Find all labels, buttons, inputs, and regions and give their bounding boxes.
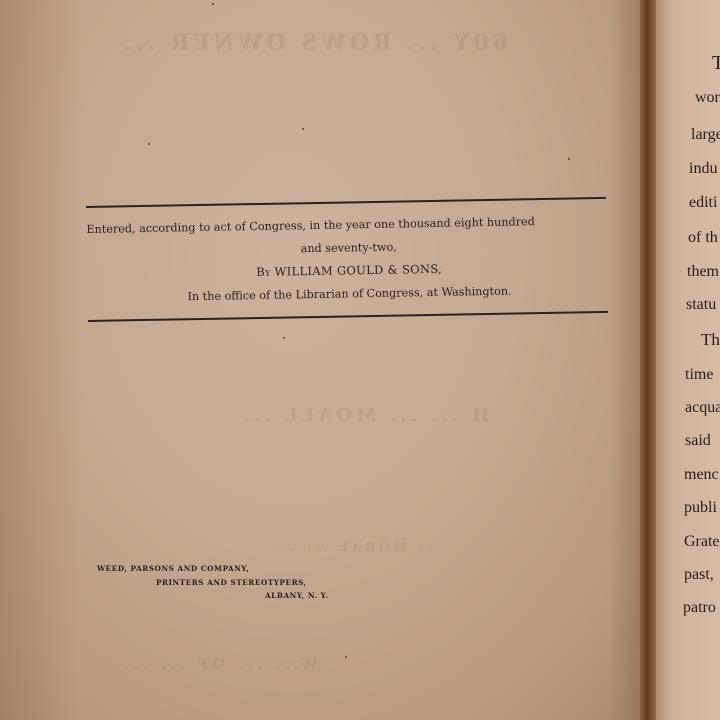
right-page: T wor large indu editi of th them statu … (656, 0, 720, 720)
right-page-text: acqua (685, 399, 720, 417)
right-page-text: large (691, 126, 720, 144)
bleed-through-text: ... MORAL ... ... (270, 540, 440, 554)
right-page-text: Grate (684, 533, 720, 551)
printer-imprint: WEED, PARSONS AND COMPANY, PRINTERS AND … (97, 562, 357, 603)
by-label: By (256, 265, 271, 279)
paper-speck (302, 128, 304, 130)
right-page-text: time (685, 366, 713, 384)
printer-location: ALBANY, N. Y. (97, 589, 357, 603)
printer-role: PRINTERS AND STEREOTYPERS, (97, 576, 357, 590)
paper-speck (148, 143, 150, 145)
right-page-text: editi (689, 194, 717, 212)
paper-speck (345, 656, 347, 658)
right-page-text: of th (688, 229, 718, 247)
bleed-through-text: 60Y ... ROWS OWNER ... (120, 30, 508, 56)
publisher-name: WILLIAM GOULD & SONS, (274, 262, 442, 279)
bottom-rule (88, 311, 608, 322)
left-page: 60Y ... ROWS OWNER ... H ... ... MOALL .… (0, 0, 648, 720)
paper-speck (283, 337, 285, 339)
right-page-text: Th (701, 330, 720, 350)
paper-speck (568, 158, 570, 160)
right-page-text: patro (683, 599, 716, 617)
right-page-text: indu (689, 160, 717, 178)
right-page-text: past, (684, 566, 714, 584)
bleed-through-text: W... ... OF ... ... (120, 655, 318, 673)
paper-speck (212, 3, 214, 5)
copyright-notice: Entered, according to act of Congress, i… (86, 197, 612, 322)
printer-name: WEED, PARSONS AND COMPANY, (97, 562, 357, 576)
right-page-text: statu (686, 296, 716, 314)
right-page-text: wor (695, 89, 720, 107)
right-page-text: them (687, 263, 719, 281)
bleed-through-text: H ... ... MOALL ... (240, 405, 489, 426)
book-gutter (640, 0, 656, 720)
right-page-text: T (712, 52, 720, 75)
right-page-text: publi (684, 499, 717, 517)
top-rule (86, 197, 606, 208)
right-page-text: said (685, 432, 711, 450)
right-page-text: menc (684, 466, 719, 484)
